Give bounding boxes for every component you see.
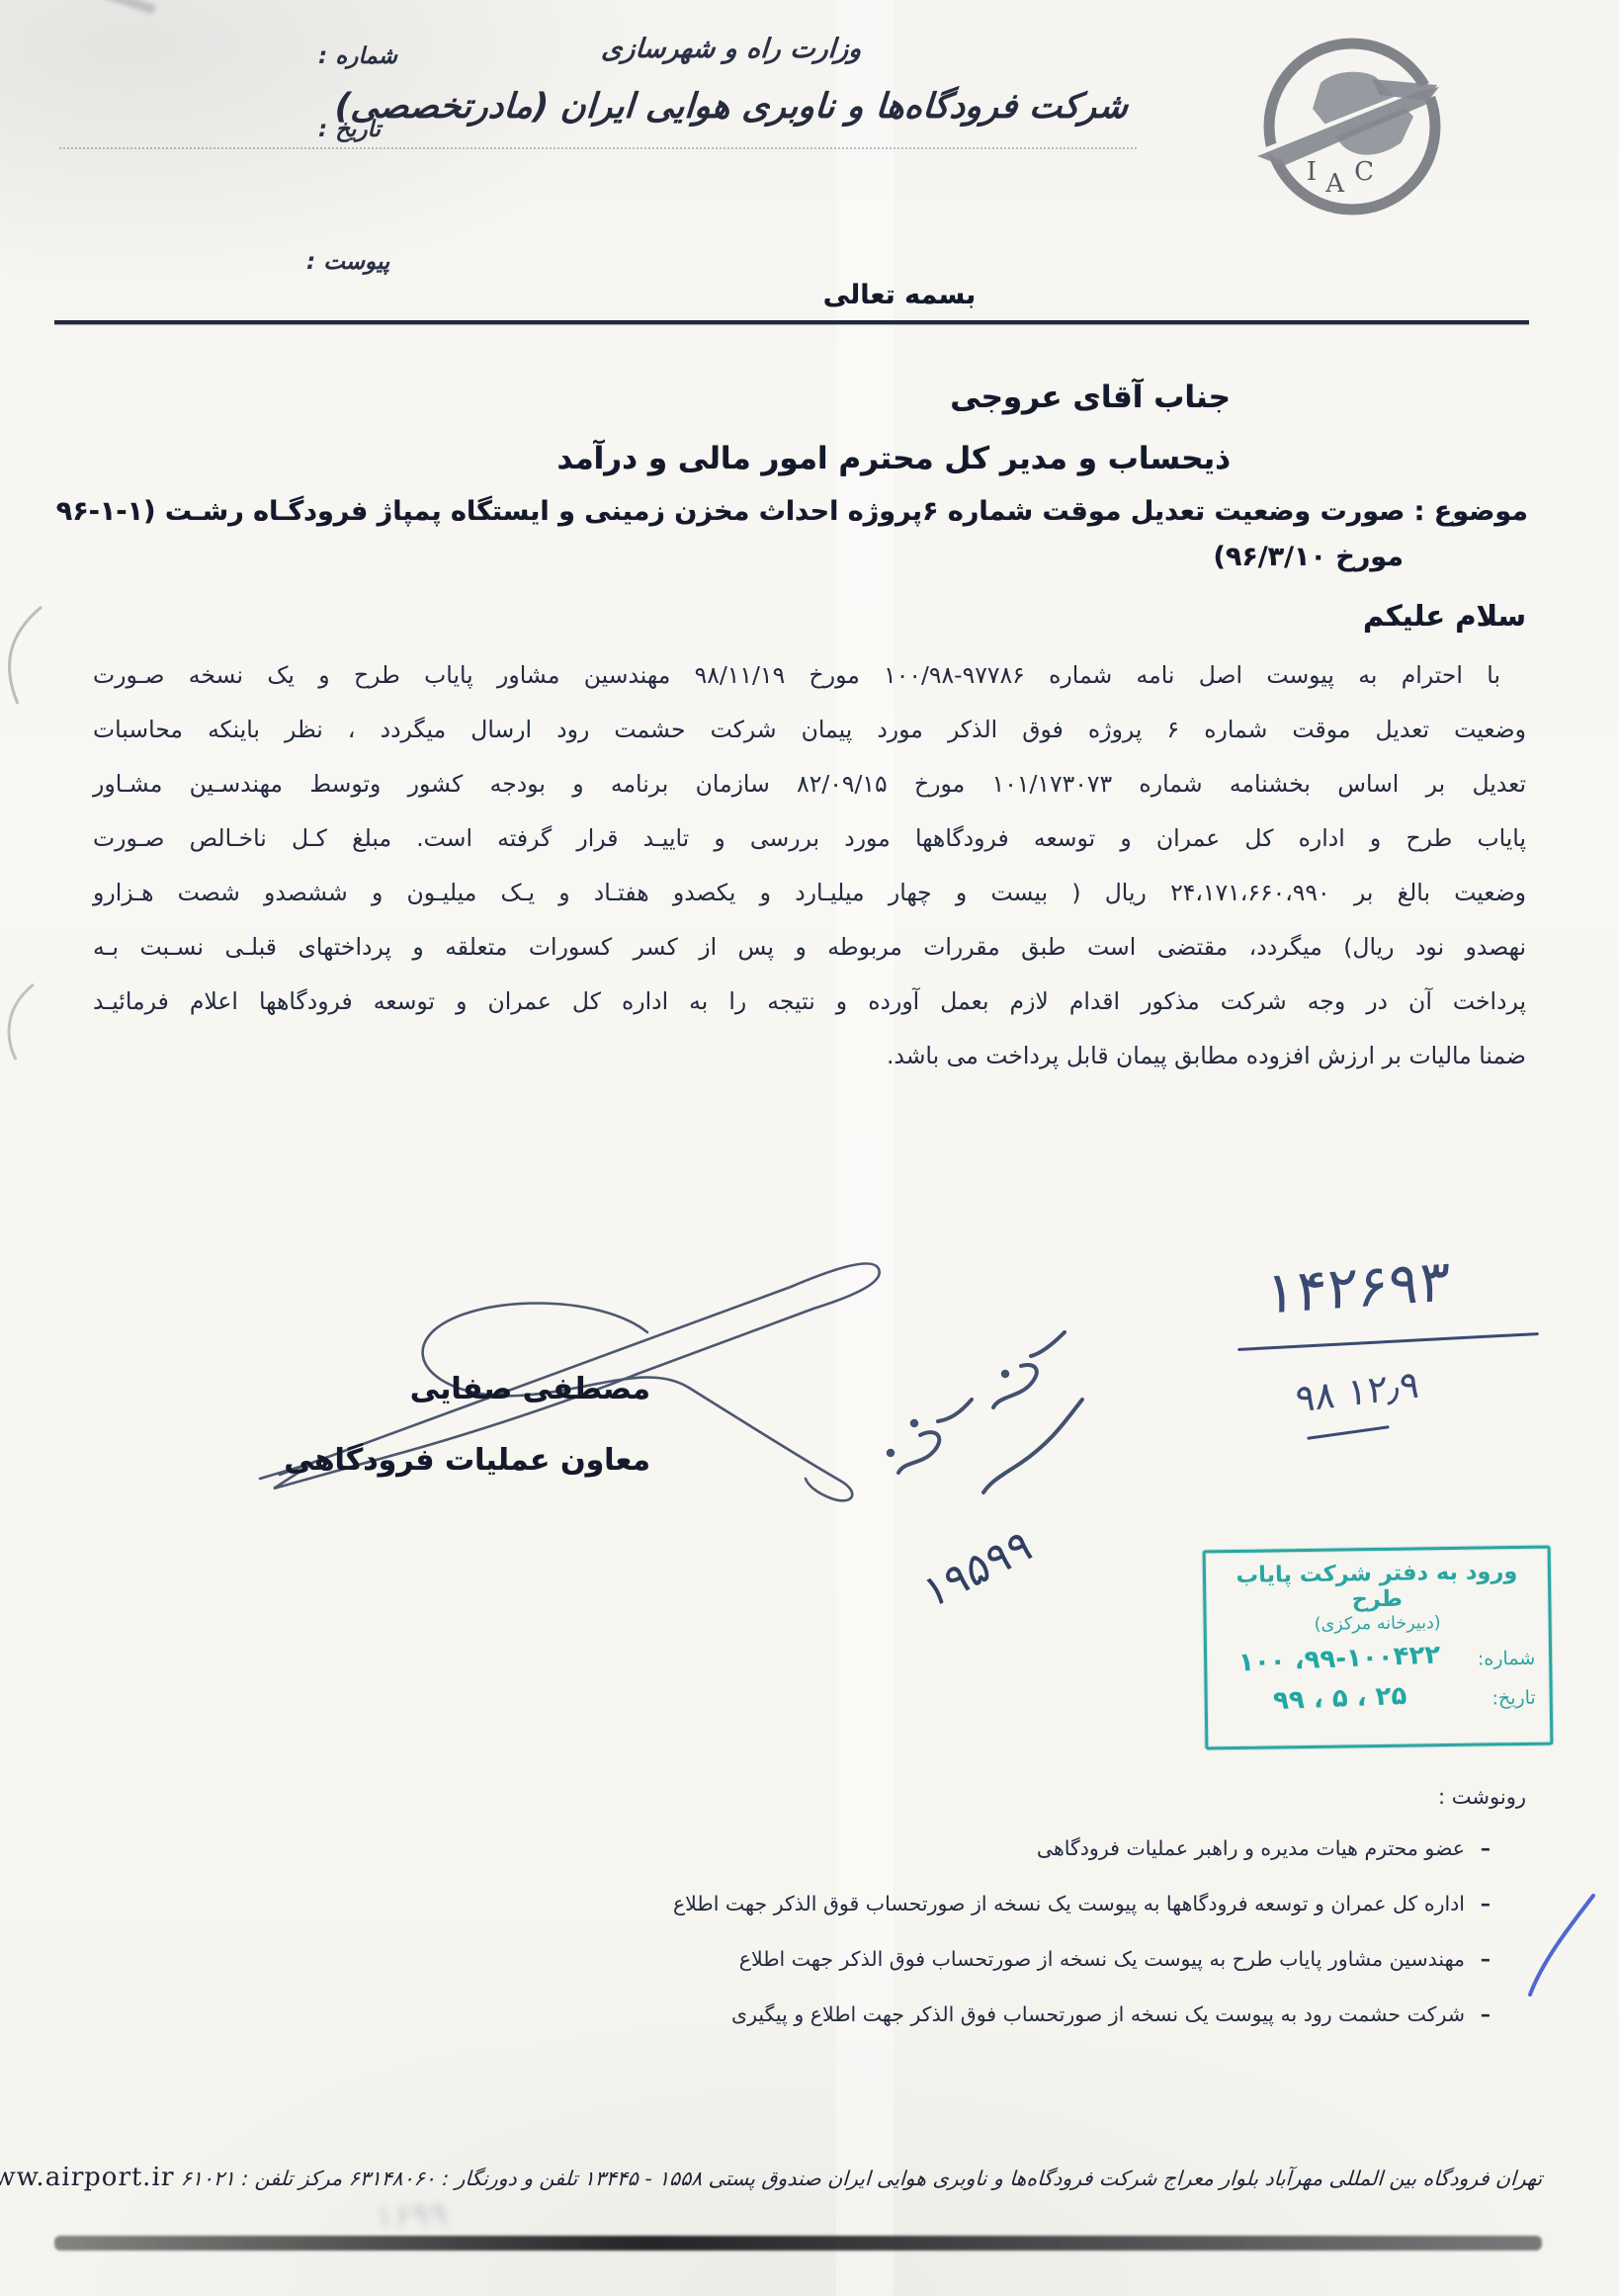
recipient-title: ذیحساب و مدیر کل محترم امور مالی و درآمد [557, 441, 1231, 476]
page-edge-shadow [54, 2236, 1542, 2251]
body-line: وضعیت بالغ بر ۲۴،۱۷۱،۶۶۰،۹۹۰ ریال ( بیست… [93, 866, 1526, 920]
stamp-date-label: تاریخ: [1459, 1687, 1536, 1710]
body-line: ضمنا مالیات بر ارزش افزوده مطابق پیمان ق… [93, 1029, 1526, 1083]
cc-item: شرکت حشمت رود به پیوست یک نسخه از صورتحس… [731, 2002, 1465, 2026]
signatory-name: مصطفی صفایی [410, 1372, 650, 1406]
iac-logo: I A C [1253, 22, 1451, 231]
scan-artifact [87, 0, 156, 15]
handwritten-ref-date: ۹۸ ۱۲٫۹ [1295, 1362, 1419, 1421]
subject-line-2: مورخ ۹۶/۳/۱۰) [1213, 542, 1404, 572]
svg-text:A: A [1324, 169, 1345, 199]
cc-bullet: – [1465, 2002, 1491, 2026]
salutation: سلام علیکم [1363, 599, 1526, 633]
body-line: تعدیل بر اساس بخشنامه شماره ۱۰۱/۱۷۳۰۷۳ م… [93, 757, 1526, 811]
signatory-title: معاون عملیات فرودگاهی [284, 1443, 650, 1478]
svg-text:C: C [1354, 157, 1374, 187]
stamp-number-label: شماره: [1458, 1648, 1535, 1670]
cc-bullet: – [1465, 1947, 1491, 1971]
body-line: وضعیت تعدیل موقت شماره ۶ پروژه فوق الذکر… [93, 703, 1526, 757]
handwritten-underline-small [1307, 1425, 1390, 1440]
body-line: پرداخت آن در وجه شرکت مذکور اقدام لازم ب… [93, 975, 1526, 1029]
entry-stamp: ورود به دفتر شرکت پایاب طرح (دبیرخانه مر… [1203, 1546, 1554, 1750]
header-dotted-line [59, 147, 1137, 149]
handwritten-underline [1237, 1332, 1539, 1351]
scanned-letter-page: شماره : تاریخ : پیوست : وزارت راه و شهرس… [0, 0, 1619, 2296]
ref-attachment-field-label: پیوست : [306, 249, 407, 275]
body-line: با احترام به پیوست اصل نامه شماره ۹۷۷۸۶-… [93, 648, 1526, 703]
ministry-name: وزارت راه و شهرسازی [454, 34, 1009, 64]
stamp-number-value: ۱۰۰ ،۹۹-۱۰۰۴۲۲ [1221, 1640, 1459, 1679]
cc-bullet: – [1465, 1836, 1491, 1860]
body-line: نهصدو نود ریال) میگردد، مقتضی است طبق مق… [93, 920, 1526, 975]
footer-website: www.airport.ir [0, 2163, 175, 2192]
cc-bullet: – [1465, 1892, 1491, 1915]
stamp-title: ورود به دفتر شرکت پایاب طرح [1220, 1559, 1535, 1614]
cc-item: مهندسین مشاور پایاب طرح به پیوست یک نسخه… [739, 1947, 1465, 1971]
scan-artifact [0, 605, 47, 708]
cc-item: عضو محترم هیات مدیره و راهبر عملیات فرود… [1037, 1836, 1465, 1860]
subject-line-1: موضوع : صورت وضعیت تعدیل موقت شماره ۶پرو… [93, 496, 1528, 527]
svg-text:I: I [1307, 157, 1317, 187]
company-name: شرکت فرودگاه‌ها و ناوبری هوایی ایران (ما… [325, 87, 1139, 127]
cc-label: رونوشت : [1438, 1785, 1526, 1809]
stamp-date-value: ۹۹ ، ۵ ، ۲۵ [1221, 1679, 1459, 1719]
pen-checkmark [1522, 1890, 1601, 2003]
body-line: پایاب طرح و اداره کل عمران و توسعه فرودگ… [93, 811, 1526, 866]
cc-item: اداره کل عمران و توسعه فرودگاهها به پیوس… [673, 1892, 1465, 1915]
footer-address-text: تهران فرودگاه بین المللی مهرآباد بلوار م… [180, 2167, 1543, 2190]
ref-number-field-label: شماره : [318, 43, 407, 69]
footer-address: تهران فرودگاه بین المللی مهرآباد بلوار م… [0, 2163, 1543, 2192]
scan-artifact [0, 980, 40, 1063]
header-rule [54, 320, 1529, 324]
ink-bleedthrough: ۱۶۹۹ [375, 2195, 448, 2238]
recipient-name: جناب آقای عروجی [950, 380, 1231, 415]
basmala: بسمه تعالی [751, 280, 1048, 310]
handwritten-ref-number: ۱۴۲۶۹۳ [1264, 1246, 1451, 1326]
stamp-subtitle: (دبیرخانه مرکزی) [1221, 1612, 1535, 1636]
